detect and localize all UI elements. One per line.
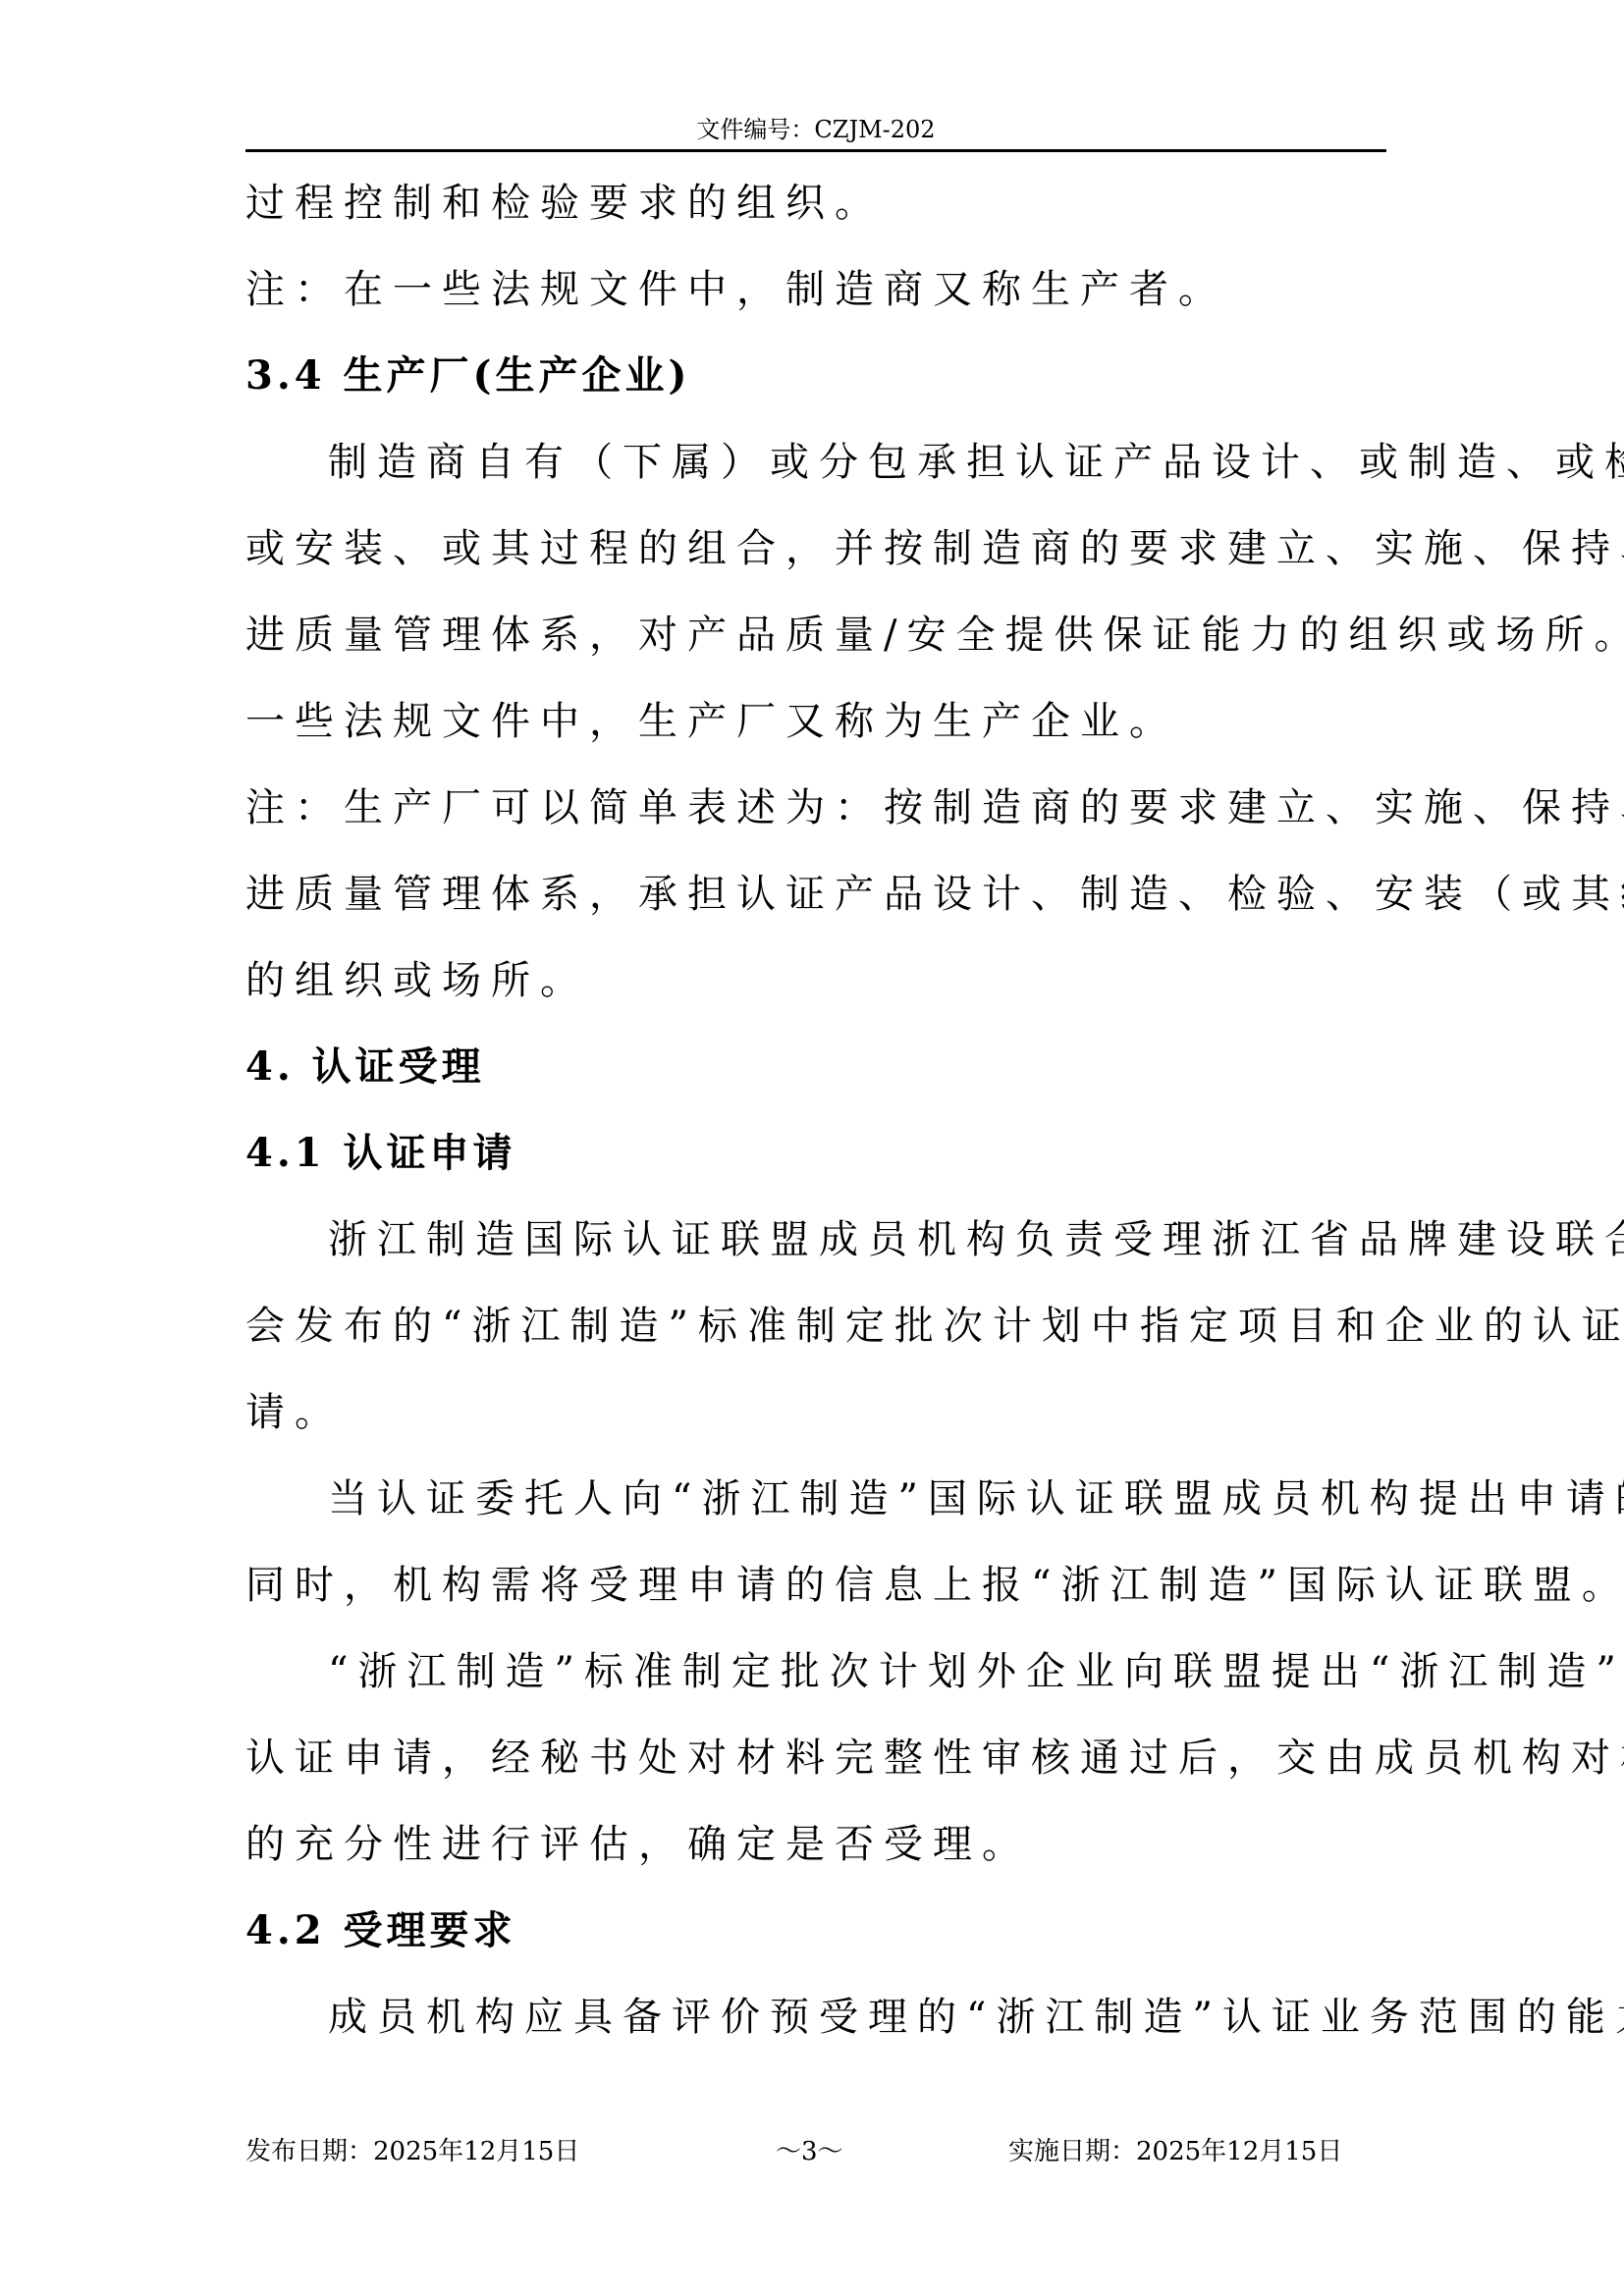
effective-date: 实施日期：2025年12月15日 xyxy=(1008,2135,1342,2168)
paragraph-line: 认证申请，经秘书处对材料完整性审核通过后，交由成员机构对材料 xyxy=(245,1734,1386,1783)
section-heading-4-2: 4.2 受理要求 xyxy=(245,1906,1386,1955)
publish-date: 发布日期：2025年12月15日 xyxy=(245,2135,579,2168)
paragraph-line: 或安装、或其过程的组合，并按制造商的要求建立、实施、保持、改 xyxy=(245,524,1386,573)
paragraph-line: 当认证委托人向“浙江制造”国际认证联盟成员机构提出申请的 xyxy=(328,1474,1386,1523)
document-number-header: 文件编号：CZJM-202 xyxy=(245,114,1386,145)
paragraph-line: 会发布的“浙江制造”标准制定批次计划中指定项目和企业的认证申 xyxy=(245,1302,1386,1351)
paragraph-line: 一些法规文件中，生产厂又称为生产企业。 xyxy=(245,697,1386,746)
section-heading-4-1: 4.1 认证申请 xyxy=(245,1129,1386,1178)
paragraph-line: 进质量管理体系，对产品质量/安全提供保证能力的组织或场所。在 xyxy=(245,611,1386,660)
section-heading-4: 4. 认证受理 xyxy=(245,1042,1386,1092)
note-line: 进质量管理体系，承担认证产品设计、制造、检验、安装（或其组合） xyxy=(245,870,1386,919)
header-rule xyxy=(245,149,1386,152)
paragraph-line: “浙江制造”标准制定批次计划外企业向联盟提出“浙江制造” xyxy=(328,1647,1386,1696)
paragraph-line: 请。 xyxy=(245,1388,1386,1437)
note-line: 注：生产厂可以简单表述为：按制造商的要求建立、实施、保持、改 xyxy=(245,783,1386,832)
paragraph-line: 的充分性进行评估，确定是否受理。 xyxy=(245,1820,1386,1869)
page-number: ～3～ xyxy=(776,2135,843,2168)
paragraph-line: 同时，机构需将受理申请的信息上报“浙江制造”国际认证联盟。 xyxy=(245,1561,1386,1610)
note-line: 注：在一些法规文件中，制造商又称生产者。 xyxy=(245,265,1386,314)
note-line: 的组织或场所。 xyxy=(245,956,1386,1005)
section-heading-3-4: 3.4 生产厂(生产企业) xyxy=(245,351,1386,400)
paragraph-line: 制造商自有（下属）或分包承担认证产品设计、或制造、或检验、 xyxy=(328,438,1386,487)
paragraph-line: 成员机构应具备评价预受理的“浙江制造”认证业务范围的能力。 xyxy=(328,1993,1386,2042)
paragraph-line: 浙江制造国际认证联盟成员机构负责受理浙江省品牌建设联合 xyxy=(328,1215,1386,1264)
body-line: 过程控制和检验要求的组织。 xyxy=(245,179,1386,228)
